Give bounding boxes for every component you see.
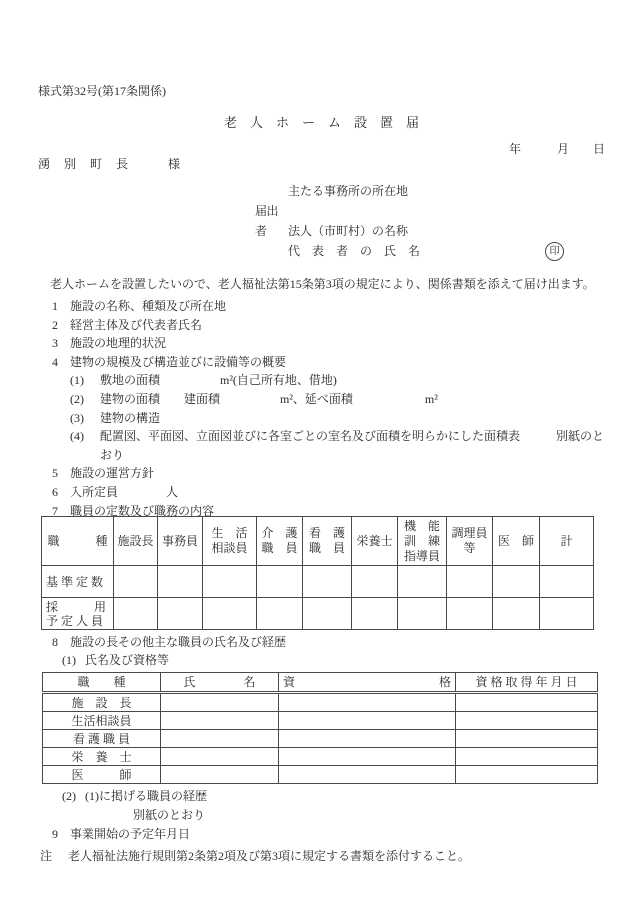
seal-mark-icon: 印 — [545, 242, 564, 261]
list-item-6: 6入所定員 人 — [38, 483, 605, 502]
empty-cell — [303, 598, 352, 630]
col-qualification: 資 格 — [279, 672, 456, 692]
list-item-4-1: (1)敷地の面積 m²(自己所有地、借地) — [38, 371, 605, 390]
intro-paragraph: 老人ホームを設置したいので、老人福祉法第15条第3項の規定により、関係書類を添え… — [38, 275, 605, 294]
row-label-standard-quota: 基 準 定 数 — [42, 566, 114, 598]
col-total: 計 — [540, 517, 594, 566]
empty-cell — [114, 566, 158, 598]
applicant-block: 主たる事務所の所在地 届出者法人（市町村）の名称 代 表 者 の 氏 名 印 — [38, 181, 605, 261]
col-jobtype: 職 種 — [43, 672, 161, 692]
form-page: 様式第32号(第17条関係) 老 人 ホ ー ム 設 置 届 年 月 日 湧 別… — [0, 0, 630, 915]
empty-cell — [447, 598, 493, 630]
corporation-name-label: 法人（市町村）の名称 — [288, 224, 408, 238]
list-item-8-2: (2)(1)に掲げる職員の経歴 — [38, 787, 605, 806]
empty-cell — [456, 747, 598, 765]
col-director: 施設長 — [114, 517, 158, 566]
empty-cell — [398, 566, 447, 598]
empty-cell — [257, 598, 303, 630]
list-item-2: 2経営主体及び代表者氏名 — [38, 316, 605, 335]
empty-cell — [203, 598, 257, 630]
empty-cell — [540, 598, 594, 630]
note-line: 注老人福祉法施行規則第2条第2項及び第3項に規定する書類を添付すること。 — [38, 847, 605, 866]
declarant-label: 届出者 — [255, 201, 288, 241]
empty-cell — [161, 729, 279, 747]
col-qualification-date: 資 格 取 得 年 月 日 — [456, 672, 598, 692]
list-item-3: 3施設の地理的状況 — [38, 334, 605, 353]
empty-cell — [447, 566, 493, 598]
empty-cell — [303, 566, 352, 598]
empty-cell — [161, 765, 279, 783]
list-item-8-1: (1)氏名及び資格等 — [38, 652, 605, 669]
empty-cell — [161, 692, 279, 711]
empty-cell — [456, 711, 598, 729]
row-nurse: 看 護 職 員 — [43, 729, 598, 747]
empty-cell — [279, 711, 456, 729]
empty-cell — [456, 692, 598, 711]
addressee: 湧 別 町 長 様 — [38, 157, 605, 171]
date-line: 年 月 日 — [38, 142, 605, 156]
item-list: 1施設の名称、種類及び所在地 2経営主体及び代表者氏名 3施設の地理的状況 4建… — [38, 297, 605, 520]
empty-cell — [493, 566, 540, 598]
planned-hires-row: 採 用 予 定 人 員 — [42, 598, 594, 630]
empty-cell — [279, 747, 456, 765]
col-careworker: 介 護 職 員 — [257, 517, 303, 566]
col-jobtype: 職 種 — [42, 517, 114, 566]
list-item-8-2-cont: 別紙のとおり — [38, 806, 605, 825]
qualification-table-header-row: 職 種 氏 名 資 格 資 格 取 得 年 月 日 — [43, 672, 598, 692]
row-director: 施 設 長 — [43, 692, 598, 711]
list-item-8: 8施設の長その他主な職員の氏名及び経歴 — [38, 633, 605, 652]
empty-cell — [493, 598, 540, 630]
col-counselor: 生 活 相談員 — [203, 517, 257, 566]
empty-cell — [456, 729, 598, 747]
empty-cell — [352, 598, 398, 630]
list-item-1: 1施設の名称、種類及び所在地 — [38, 297, 605, 316]
qualification-table: 職 種 氏 名 資 格 資 格 取 得 年 月 日 施 設 長 生活相談員 看 … — [42, 672, 598, 784]
empty-cell — [540, 566, 594, 598]
empty-cell — [114, 598, 158, 630]
empty-cell — [279, 692, 456, 711]
representative-row: 代 表 者 の 氏 名 印 — [38, 241, 605, 261]
col-doctor: 医 師 — [493, 517, 540, 566]
office-address-label: 主たる事務所の所在地 — [38, 181, 605, 201]
form-number: 様式第32号(第17条関係) — [38, 84, 605, 98]
empty-cell — [161, 711, 279, 729]
empty-cell — [158, 598, 203, 630]
list-item-4-4: (4)配置図、平面図、立面図並びに各室ごとの室名及び面積を明らかにした面積表 別… — [38, 427, 605, 446]
list-item-9: 9事業開始の予定年月日 — [38, 825, 605, 844]
row-counselor: 生活相談員 — [43, 711, 598, 729]
col-cook: 調理員 等 — [447, 517, 493, 566]
list-item-4-3: (3)建物の構造 — [38, 409, 605, 428]
standard-quota-row: 基 準 定 数 — [42, 566, 594, 598]
empty-cell — [257, 566, 303, 598]
row-label-planned-hires: 採 用 予 定 人 員 — [42, 598, 114, 630]
empty-cell — [161, 747, 279, 765]
declarant-row: 届出者法人（市町村）の名称 — [38, 201, 605, 241]
empty-cell — [158, 566, 203, 598]
list-item-4: 4建物の規模及び構造並びに設備等の概要 — [38, 353, 605, 372]
col-nutritionist: 栄養士 — [352, 517, 398, 566]
col-nurse: 看 護 職 員 — [303, 517, 352, 566]
row-doctor: 医 師 — [43, 765, 598, 783]
representative-name-label: 代 表 者 の 氏 名 — [288, 244, 420, 258]
list-item-5: 5施設の運営方針 — [38, 464, 605, 483]
page-title: 老 人 ホ ー ム 設 置 届 — [38, 115, 605, 130]
empty-cell — [456, 765, 598, 783]
list-item-4-4-cont: おり — [38, 446, 605, 465]
staff-count-table: 職 種 施設長 事務員 生 活 相談員 介 護 職 員 看 護 職 員 栄養士 … — [41, 516, 594, 630]
list-item-4-2: (2)建物の面積 建面積 m²、延べ面積 m² — [38, 390, 605, 409]
empty-cell — [203, 566, 257, 598]
empty-cell — [279, 765, 456, 783]
empty-cell — [398, 598, 447, 630]
staff-table-header-row: 職 種 施設長 事務員 生 活 相談員 介 護 職 員 看 護 職 員 栄養士 … — [42, 517, 594, 566]
col-name: 氏 名 — [161, 672, 279, 692]
empty-cell — [279, 729, 456, 747]
col-trainer: 機 能 訓 練 指導員 — [398, 517, 447, 566]
row-nutritionist: 栄 養 士 — [43, 747, 598, 765]
empty-cell — [352, 566, 398, 598]
col-clerk: 事務員 — [158, 517, 203, 566]
